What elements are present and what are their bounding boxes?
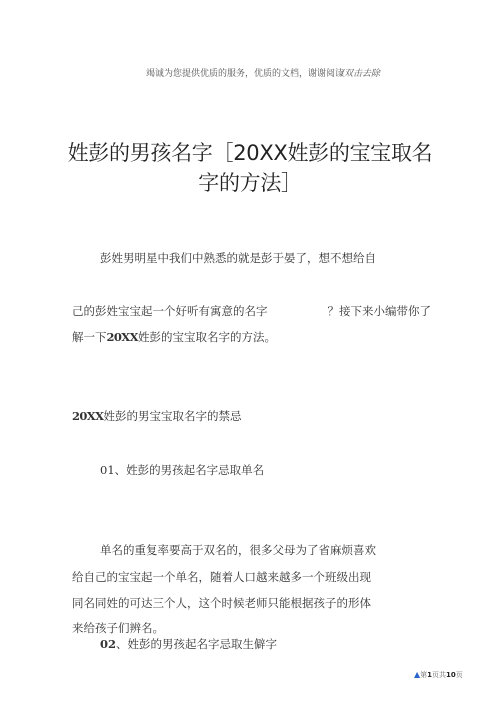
header-service-note: 竭诚为您提供优质的服务，优质的文档，谢谢阅读 /双击去除 <box>146 66 344 79</box>
title-line-2: 字的方法］ <box>60 168 440 198</box>
page-middle: 页共 <box>432 671 446 679</box>
intro-line-3-a: 解一下 <box>72 330 107 344</box>
item-2-number: 02 <box>100 637 116 651</box>
item-2-text: 、姓彭的男孩起名字忌取生僻字 <box>116 637 277 651</box>
service-note-text: 竭诚为您提供优质的服务，优质的文档，谢谢阅读 <box>146 69 344 79</box>
item-1-body-line-2: 给自己的宝宝起一个单名，随着人口越来越多一个班级出现 <box>72 569 371 585</box>
page-indicator: ▲第1页共10页 <box>414 670 463 680</box>
item-1-body-line-3: 同名同姓的可达三个人，这个时候老师只能根据孩子的形体 <box>72 595 371 611</box>
intro-year: 20XX <box>107 330 138 344</box>
section-heading-year: 20XX <box>72 409 103 423</box>
section-heading-text: 姓彭的男宝宝取名字的禁忌 <box>103 409 241 423</box>
item-1-number: 01 <box>100 463 115 477</box>
intro-line-1: 彭姓男明星中我们中熟悉的就是彭于晏了，想不想给自 <box>100 250 376 266</box>
intro-line-2: 己的彭姓宝宝起一个好听有寓意的名字？接下来小编带你了 <box>72 303 431 319</box>
item-2-heading: 02、姓彭的男孩起名字忌取生僻字 <box>100 636 277 652</box>
section-heading: 20XX姓彭的男宝宝取名字的禁忌 <box>72 408 241 424</box>
total-pages: 10 <box>446 671 456 679</box>
intro-line-3: 解一下20XX姓彭的宝宝取名字的方法。 <box>72 329 276 345</box>
item-1-body-line-4: 来给孩子们辨名。 <box>72 620 164 636</box>
intro-line-3-b: 姓彭的宝宝取名字的方法。 <box>138 330 276 344</box>
intro-line-2-a: 己的彭姓宝宝起一个好听有寓意的名字 <box>72 304 268 318</box>
item-1-heading: 01、姓彭的男孩起名字忌取单名 <box>100 462 264 478</box>
page-suffix: 页 <box>456 671 463 679</box>
dismiss-hint[interactable]: /双击去除 <box>341 66 380 79</box>
item-1-body-line-1: 单名的重复率要高于双名的，很多父母为了省麻烦喜欢 <box>100 542 376 558</box>
title-line-1: 姓彭的男孩名字［20XX姓彭的宝宝取名 <box>60 138 440 168</box>
document-title: 姓彭的男孩名字［20XX姓彭的宝宝取名 字的方法］ <box>60 138 440 198</box>
item-1-text: 、姓彭的男孩起名字忌取单名 <box>115 463 265 477</box>
intro-line-2-b: ？接下来小编带你了 <box>328 304 432 318</box>
